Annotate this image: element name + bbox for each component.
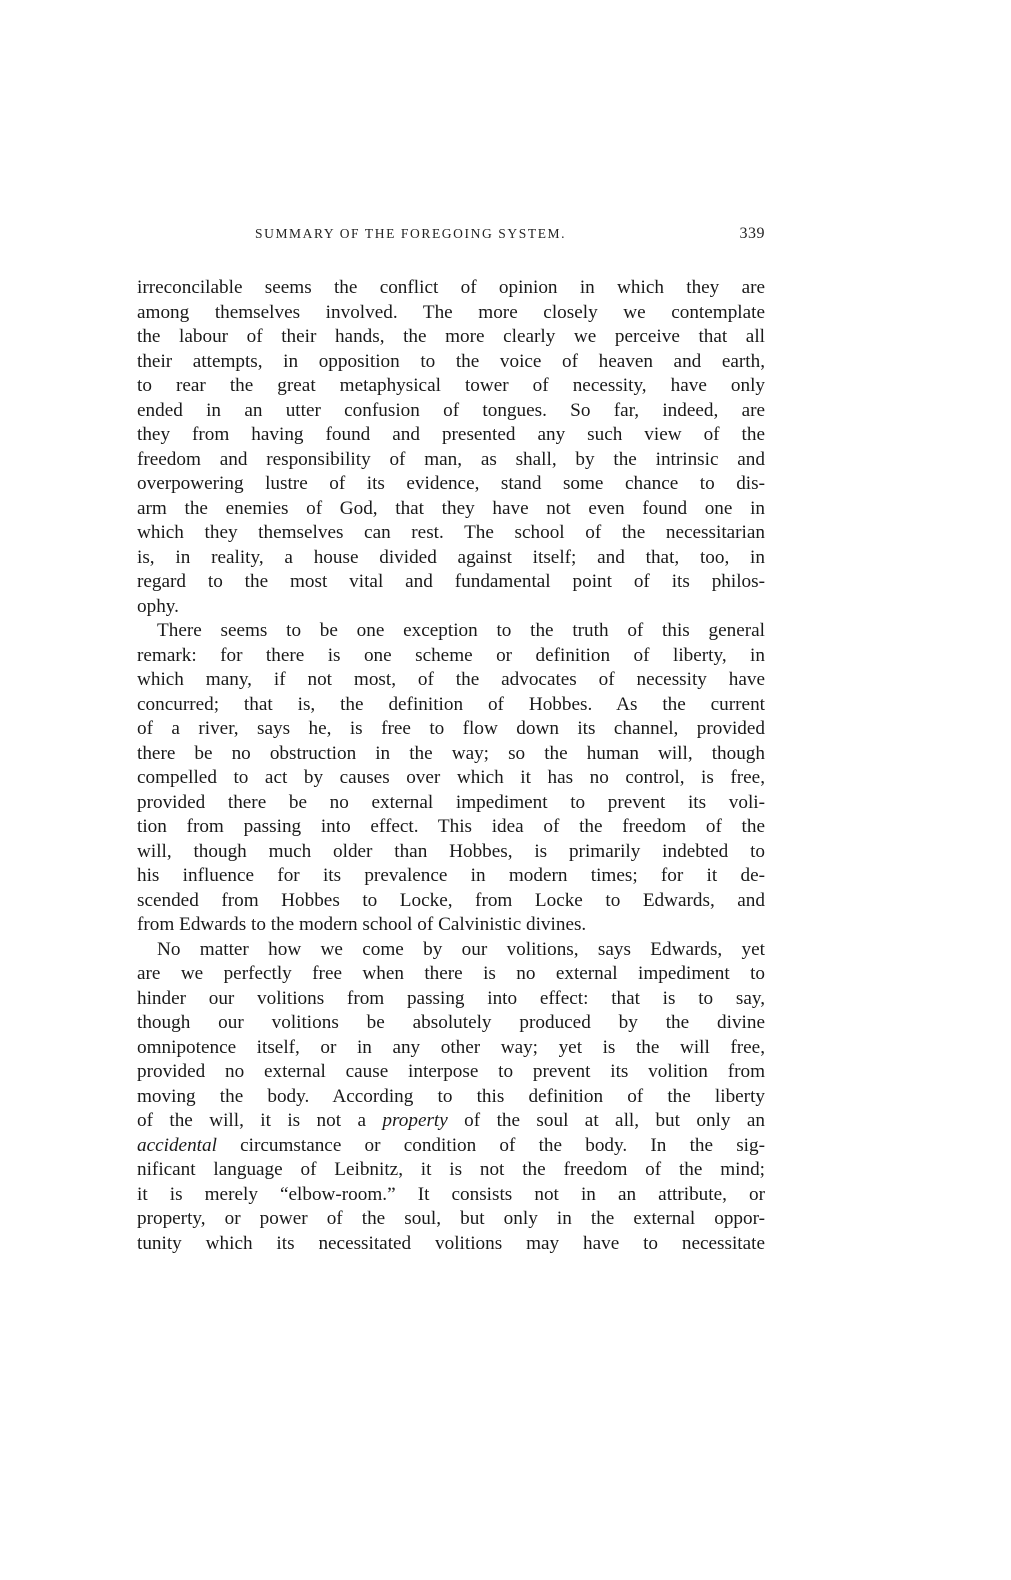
text-line: No matter how we come by our volitions, … (137, 938, 765, 963)
text-line: provided no external cause interpose to … (137, 1060, 765, 1085)
line-text: property, or power of the soul, but only… (137, 1207, 765, 1232)
line-text: ophy. (137, 595, 765, 620)
text-line: accidental circumstance or condition of … (137, 1134, 765, 1159)
text-line: omnipotence itself, or in any other way;… (137, 1036, 765, 1061)
text-line: hinder our volitions from passing into e… (137, 987, 765, 1012)
text-line: tunity which its necessitated volitions … (137, 1232, 765, 1257)
page-number: 339 (740, 225, 766, 243)
text-line: nificant language of Leibnitz, it is not… (137, 1158, 765, 1183)
paragraph: irreconcilable seems the conflict of opi… (137, 276, 765, 619)
text-line: are we perfectly free when there is no e… (137, 962, 765, 987)
text-line: the labour of their hands, the more clea… (137, 325, 765, 350)
text-line: their attempts, in opposition to the voi… (137, 350, 765, 375)
line-text: from Edwards to the modern school of Cal… (137, 913, 765, 938)
text-line: of the will, it is not a property of the… (137, 1109, 765, 1134)
running-title: SUMMARY OF THE FOREGOING SYSTEM. (255, 226, 566, 242)
text-line: though our volitions be absolutely produ… (137, 1011, 765, 1036)
text-line: to rear the great metaphysical tower of … (137, 374, 765, 399)
line-text: of a river, says he, is free to flow dow… (137, 717, 765, 742)
text-line: will, though much older than Hobbes, is … (137, 840, 765, 865)
text-line: overpowering lustre of its evidence, sta… (137, 472, 765, 497)
line-text: irreconcilable seems the conflict of opi… (137, 276, 765, 301)
text-line: There seems to be one exception to the t… (137, 619, 765, 644)
line-text: freedom and responsibility of man, as sh… (137, 448, 765, 473)
text-line: irreconcilable seems the conflict of opi… (137, 276, 765, 301)
text-line: his influence for its prevalence in mode… (137, 864, 765, 889)
text-line: remark: for there is one scheme or defin… (137, 644, 765, 669)
text-line: concurred; that is, the definition of Ho… (137, 693, 765, 718)
italic-emphasis: property (382, 1110, 447, 1131)
body-text: irreconcilable seems the conflict of opi… (137, 276, 765, 1256)
text-line: which many, if not most, of the advocate… (137, 668, 765, 693)
line-text: it is merely “elbow-room.” It consists n… (137, 1183, 765, 1208)
text-line: which they themselves can rest. The scho… (137, 521, 765, 546)
text-line: ophy. (137, 595, 765, 620)
line-text: regard to the most vital and fundamental… (137, 570, 765, 595)
text-line: ended in an utter confusion of tongues. … (137, 399, 765, 424)
line-text: There seems to be one exception to the t… (157, 619, 765, 644)
line-text: provided no external cause interpose to … (137, 1060, 765, 1085)
line-text: ended in an utter confusion of tongues. … (137, 399, 765, 424)
line-text: though our volitions be absolutely produ… (137, 1011, 765, 1036)
line-text: No matter how we come by our volitions, … (157, 938, 765, 963)
paragraph: No matter how we come by our volitions, … (137, 938, 765, 1257)
line-text: among themselves involved. The more clos… (137, 301, 765, 326)
line-text: which many, if not most, of the advocate… (137, 668, 765, 693)
running-head: SUMMARY OF THE FOREGOING SYSTEM. 339 (255, 222, 765, 246)
line-text: tunity which its necessitated volitions … (137, 1232, 765, 1257)
text-line: compelled to act by causes over which it… (137, 766, 765, 791)
text-line: property, or power of the soul, but only… (137, 1207, 765, 1232)
line-text: they from having found and presented any… (137, 423, 765, 448)
line-text: hinder our volitions from passing into e… (137, 987, 765, 1012)
text-line: of a river, says he, is free to flow dow… (137, 717, 765, 742)
line-text: there be no obstruction in the way; so t… (137, 742, 765, 767)
text-line: scended from Hobbes to Locke, from Locke… (137, 889, 765, 914)
line-text: which they themselves can rest. The scho… (137, 521, 765, 546)
text-line: arm the enemies of God, that they have n… (137, 497, 765, 522)
text-line: moving the body. According to this defin… (137, 1085, 765, 1110)
line-text: omnipotence itself, or in any other way;… (137, 1036, 765, 1061)
line-text: scended from Hobbes to Locke, from Locke… (137, 889, 765, 914)
line-text: overpowering lustre of its evidence, sta… (137, 472, 765, 497)
line-text: the labour of their hands, the more clea… (137, 325, 765, 350)
book-page: SUMMARY OF THE FOREGOING SYSTEM. 339 irr… (0, 0, 1011, 1580)
line-text: accidental circumstance or condition of … (137, 1134, 765, 1159)
text-line: provided there be no external impediment… (137, 791, 765, 816)
line-text: of the will, it is not a property of the… (137, 1109, 765, 1134)
line-text: remark: for there is one scheme or defin… (137, 644, 765, 669)
text-line: among themselves involved. The more clos… (137, 301, 765, 326)
line-text: arm the enemies of God, that they have n… (137, 497, 765, 522)
line-text: will, though much older than Hobbes, is … (137, 840, 765, 865)
text-line: tion from passing into effect. This idea… (137, 815, 765, 840)
line-text: to rear the great metaphysical tower of … (137, 374, 765, 399)
line-text: moving the body. According to this defin… (137, 1085, 765, 1110)
line-text: concurred; that is, the definition of Ho… (137, 693, 765, 718)
line-text: his influence for its prevalence in mode… (137, 864, 765, 889)
line-text: their attempts, in opposition to the voi… (137, 350, 765, 375)
line-text: is, in reality, a house divided against … (137, 546, 765, 571)
text-line: regard to the most vital and fundamental… (137, 570, 765, 595)
text-line: is, in reality, a house divided against … (137, 546, 765, 571)
line-text: tion from passing into effect. This idea… (137, 815, 765, 840)
line-text: are we perfectly free when there is no e… (137, 962, 765, 987)
text-line: freedom and responsibility of man, as sh… (137, 448, 765, 473)
paragraph: There seems to be one exception to the t… (137, 619, 765, 938)
line-text: compelled to act by causes over which it… (137, 766, 765, 791)
line-text: nificant language of Leibnitz, it is not… (137, 1158, 765, 1183)
text-line: they from having found and presented any… (137, 423, 765, 448)
text-line: it is merely “elbow-room.” It consists n… (137, 1183, 765, 1208)
italic-emphasis: accidental (137, 1135, 217, 1156)
line-text: provided there be no external impediment… (137, 791, 765, 816)
text-line: there be no obstruction in the way; so t… (137, 742, 765, 767)
text-line: from Edwards to the modern school of Cal… (137, 913, 765, 938)
